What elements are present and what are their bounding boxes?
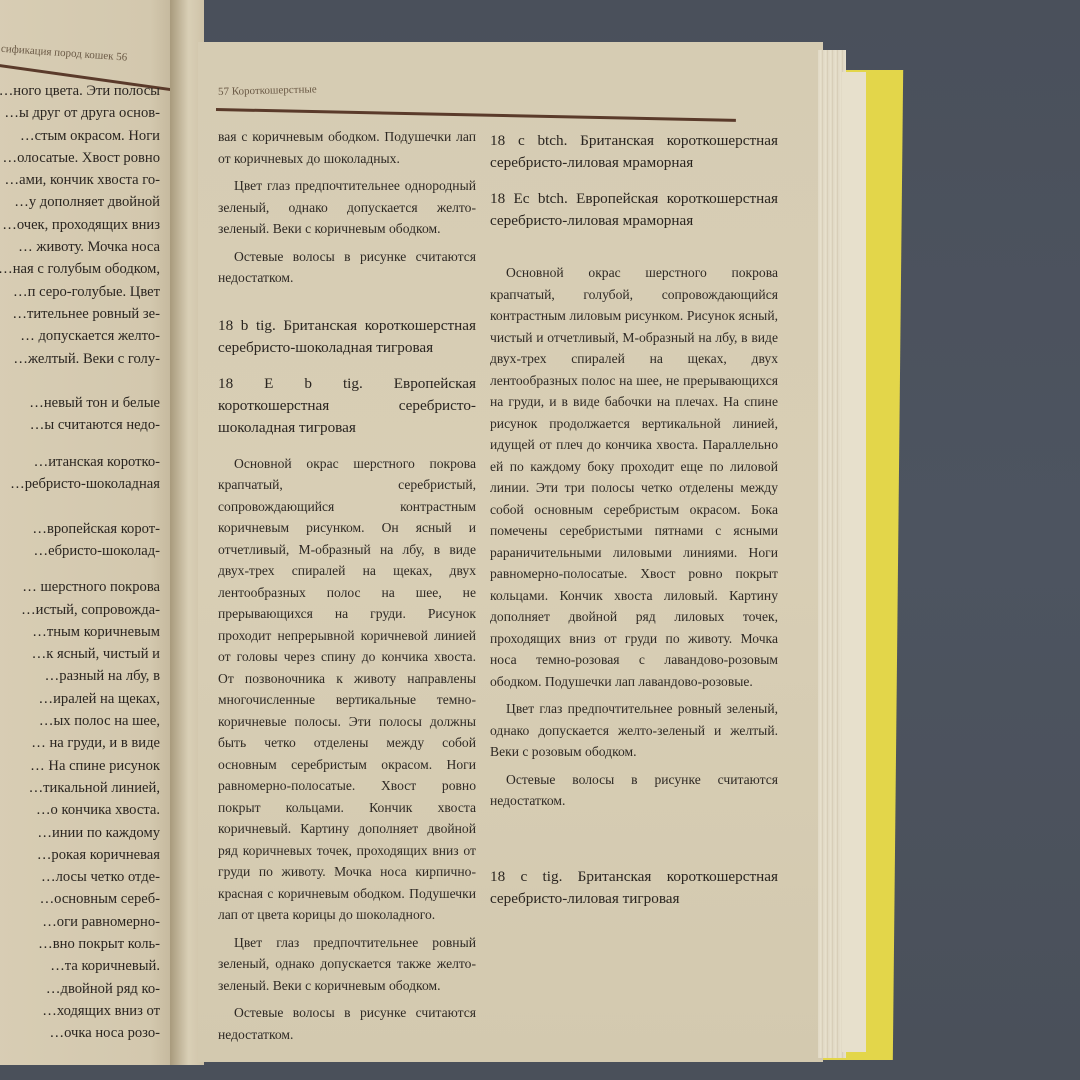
- left-text-line: …п серо-голубые. Цвет: [0, 281, 160, 303]
- left-text-line: …ного цвета. Эти полосы: [0, 80, 160, 102]
- left-text-line: …ы считаются недо-: [0, 414, 160, 436]
- left-text-line: …ная с голубым ободком,: [0, 258, 160, 280]
- left-text-line: …ы друг от друга основ-: [0, 102, 160, 124]
- column-2: 18 c btch. Британская короткошерстная се…: [490, 130, 778, 924]
- left-text-line: … животу. Мочка носа: [0, 236, 160, 258]
- left-text-line: …итанская коротко-: [0, 451, 160, 473]
- eye-color-paragraph: Цвет глаз предпочтительнее ровный зелены…: [490, 698, 778, 763]
- left-page: …сификация пород кошек 56 …ного цвета. Э…: [0, 0, 190, 1065]
- left-text-line: …тительнее ровный зе-: [0, 303, 160, 325]
- guard-hair-paragraph: Остевые волосы в рисунке считаются недос…: [218, 246, 476, 289]
- left-text-line: …ребристо-шоколадная: [0, 473, 160, 495]
- left-text-line: [0, 495, 160, 517]
- left-text-line: …рокая коричневая: [0, 844, 160, 866]
- continuation-paragraph: вая с коричневым ободком. Подушечки лап …: [218, 126, 476, 169]
- column-1: вая с коричневым ободком. Подушечки лап …: [218, 126, 476, 1051]
- left-running-head: …сификация пород кошек 56: [0, 42, 128, 64]
- left-text-line: … допускается желто-: [0, 325, 160, 347]
- left-text-line: …иралей на щеках,: [0, 688, 160, 710]
- left-text-line: …олосатые. Хвост ровно: [0, 147, 160, 169]
- breed-heading-18Eb-tig: 18 E b tig. Европейская короткошерстная …: [218, 373, 476, 439]
- breed-heading-18b-tig: 18 b tig. Британская короткошерстная сер…: [218, 315, 476, 359]
- left-text-line: [0, 370, 160, 392]
- left-text-line: …лосы четко отде-: [0, 866, 160, 888]
- left-text-line: …ходящих вниз от: [0, 1000, 160, 1022]
- left-page-text: …ного цвета. Эти полосы…ы друг от друга …: [0, 80, 180, 1044]
- eye-color-paragraph: Цвет глаз предпочтительнее однородный зе…: [218, 175, 476, 240]
- running-head: 57 Короткошерстные: [218, 83, 317, 98]
- left-text-line: …ых полос на шее,: [0, 710, 160, 732]
- left-text-line: …к ясный, чистый и: [0, 643, 160, 665]
- paragraph-gap: [0, 562, 160, 576]
- left-text-line: …стым окрасом. Ноги: [0, 125, 160, 147]
- guard-hair-paragraph: Остевые волосы в рисунке считаются недос…: [490, 769, 778, 812]
- left-text-line: …невый тон и белые: [0, 392, 160, 414]
- eye-color-paragraph: Цвет глаз предпочтительнее ровный зелены…: [218, 932, 476, 997]
- guard-hair-paragraph: Остевые волосы в рисунке считаются недос…: [218, 1002, 476, 1045]
- left-text-line: … шерстного покрова: [0, 576, 160, 598]
- breed-heading-18c-btch: 18 c btch. Британская короткошерстная се…: [490, 130, 778, 174]
- left-text-line: …желтый. Веки с голу-: [0, 348, 160, 370]
- page-edges-inner: [842, 72, 866, 1052]
- header-rule: [216, 108, 736, 122]
- left-text-line: …очка носа розо-: [0, 1022, 160, 1044]
- left-text-line: …ебристо-шоколад-: [0, 540, 160, 562]
- right-page: 57 Короткошерстные вая с коричневым обод…: [198, 42, 823, 1062]
- left-text-line: …очек, проходящих вниз: [0, 214, 160, 236]
- left-text-line: …у дополняет двойной: [0, 191, 160, 213]
- left-text-line: …двойной ряд ко-: [0, 978, 160, 1000]
- coat-description: Основной окрас шерстного покрова крапчат…: [490, 262, 778, 692]
- left-text-line: …вно покрыт коль-: [0, 933, 160, 955]
- breed-heading-18Ec-btch: 18 Ec btch. Европейская короткошерстная …: [490, 188, 778, 232]
- left-text-line: …основным сереб-: [0, 888, 160, 910]
- left-text-line: …оги равномерно-: [0, 911, 160, 933]
- left-text-line: …тикальной линией,: [0, 777, 160, 799]
- left-text-line: …истый, сопровожда-: [0, 599, 160, 621]
- left-text-line: … на груди, и в виде: [0, 732, 160, 754]
- left-text-line: …тным коричневым: [0, 621, 160, 643]
- breed-heading-18c-tig: 18 c tig. Британская короткошерстная сер…: [490, 866, 778, 910]
- left-text-line: …о кончика хвоста.: [0, 799, 160, 821]
- left-text-line: …вропейская корот-: [0, 518, 160, 540]
- left-text-line: …та коричневый.: [0, 955, 160, 977]
- left-text-line: …разный на лбу, в: [0, 665, 160, 687]
- left-text-line: …ами, кончик хвоста го-: [0, 169, 160, 191]
- left-text-line: … На спине рисунок: [0, 755, 160, 777]
- coat-description: Основной окрас шерстного покрова крапчат…: [218, 453, 476, 926]
- left-text-line: …инии по каждому: [0, 822, 160, 844]
- paragraph-gap: [0, 437, 160, 451]
